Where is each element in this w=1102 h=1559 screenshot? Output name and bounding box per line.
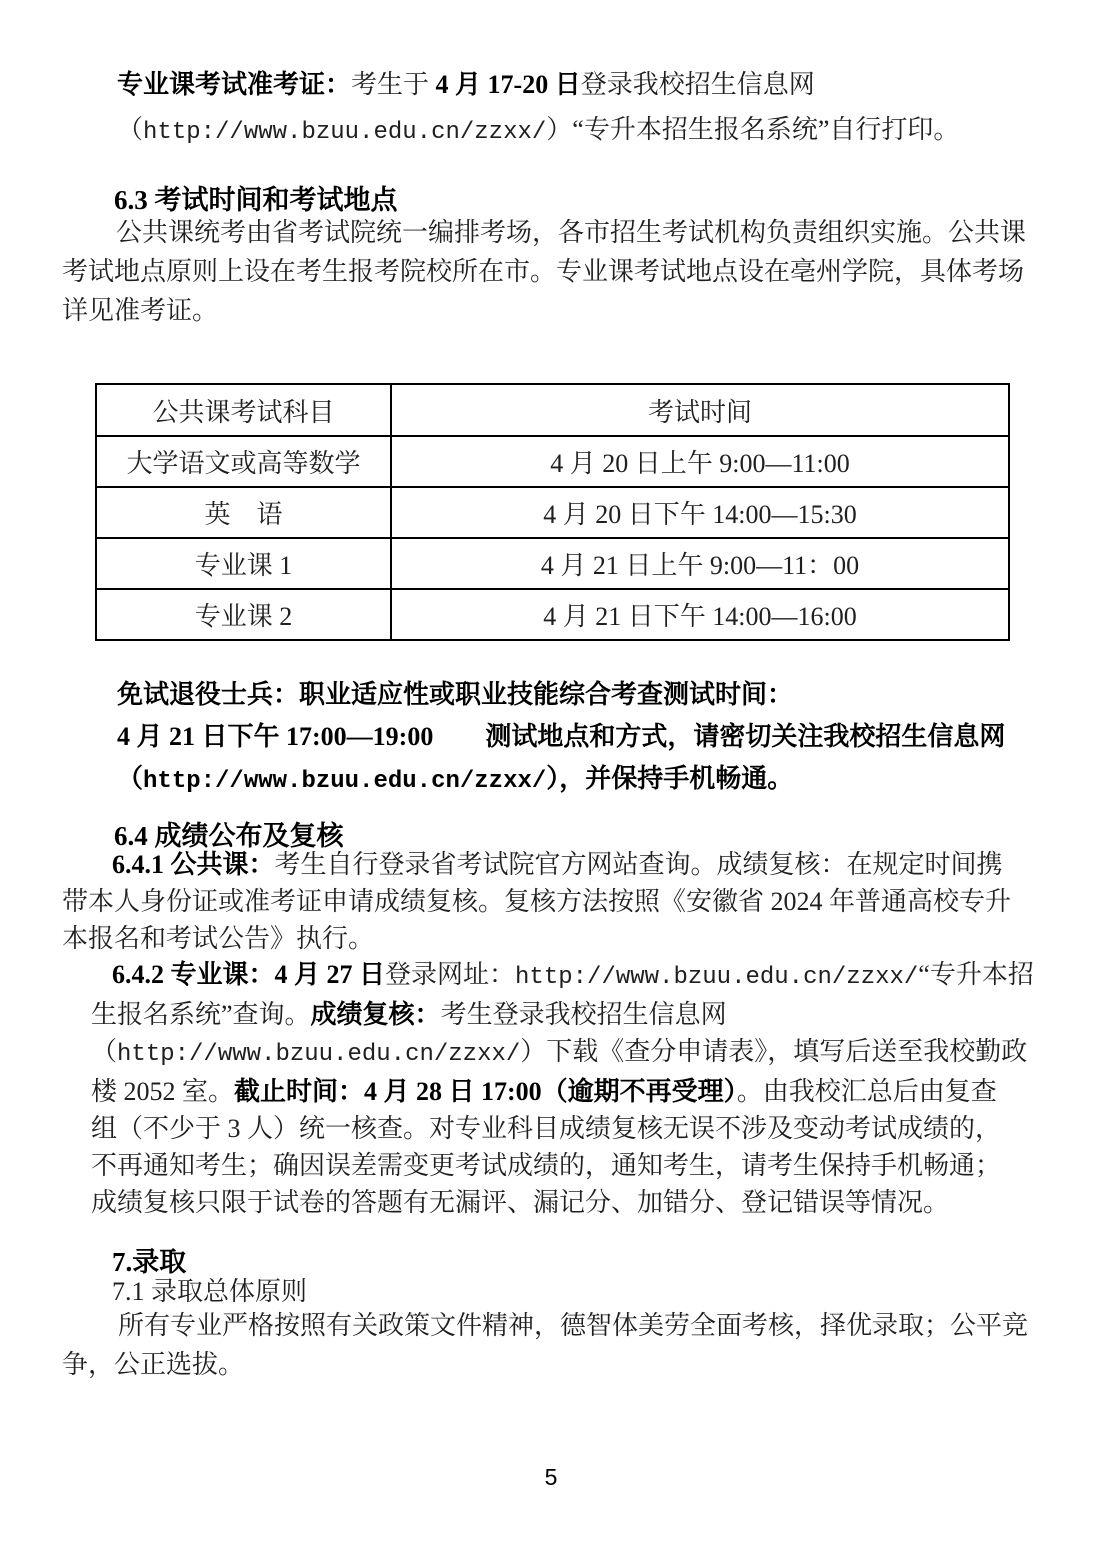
text-line: 楼 2052 室。截止时间：4 月 28 日 17:00（逾期不再受理）。由我校… <box>91 1073 1034 1110</box>
text-segment: 登录网址： <box>385 960 515 989</box>
text-segment: “专升本招 <box>918 960 1034 989</box>
text-line: 详见准考证。 <box>62 291 1026 330</box>
text-segment: 截止时间：4 月 28 日 17:00（逾期不再受理） <box>234 1077 737 1106</box>
table-header-row: 公共课考试科目考试时间 <box>96 384 1009 436</box>
text-segment: 4 月 21 日下午 17:00—19:00 测试地点和方式，请密切关注我校招生… <box>117 722 1005 751</box>
url-text: http://www.bzuu.edu.cn/zzxx/ <box>143 119 546 146</box>
text-segment: 7.1 录取总体原则 <box>112 1277 307 1306</box>
text-segment: 生报名系统”查询。 <box>91 1000 311 1029</box>
paragraph-6-4-2-professional-courses: 6.4.2 专业课：4 月 27 日登录网址：http://www.bzuu.e… <box>91 956 1034 1221</box>
text-segment: 成绩复核： <box>311 1000 441 1029</box>
table-head: 公共课考试科目考试时间 <box>96 384 1009 436</box>
text-segment: 6.4.1 公共课： <box>112 850 275 879</box>
text-segment: 6.4.2 专业课：4 月 27 日 <box>112 960 385 989</box>
time-cell: 4 月 21 日上午 9:00—11：00 <box>391 538 1009 589</box>
text-line: 公共课统考由省考试院统一编排考场，各市招生考试机构负责组织实施。公共课 <box>62 213 1026 252</box>
section-heading-6-3: 6.3 考试时间和考试地点 <box>114 178 398 217</box>
text-line: 专业课考试准考证：考生于 4 月 17-20 日登录我校招生信息网 <box>117 62 959 107</box>
text-segment: 4 月 17-20 日 <box>436 70 581 99</box>
text-segment: 本报名和考试公告》执行。 <box>62 924 374 953</box>
table-row: 大学语文或高等数学4 月 20 日上午 9:00—11:00 <box>96 436 1009 487</box>
text-line: 4 月 21 日下午 17:00—19:00 测试地点和方式，请密切关注我校招生… <box>117 716 1005 758</box>
text-segment: 带本人身份证或准考证申请成绩复核。复核方法按照《安徽省 2024 年普通高校专升 <box>62 887 1011 916</box>
text-segment: 所有专业严格按照有关政策文件精神，德智体美劳全面考核，择优录取；公平竞 <box>118 1311 1028 1340</box>
text-line: 不再通知考生；确因误差需变更考试成绩的，通知考生，请考生保持手机畅通； <box>91 1147 1034 1184</box>
subject-cell: 英 语 <box>96 487 391 538</box>
text-line: 组（不少于 3 人）统一核查。对专业科目成绩复核无误不涉及变动考试成绩的， <box>91 1110 1034 1147</box>
text-line: 生报名系统”查询。成绩复核：考生登录我校招生信息网 <box>91 996 1034 1033</box>
text-line: 成绩复核只限于试卷的答题有无漏评、漏记分、加错分、登记错误等情况。 <box>91 1184 1034 1221</box>
text-line: 考试地点原则上设在考生报考院校所在市。专业课考试地点设在亳州学院，具体考场 <box>62 252 1026 291</box>
paragraph-6-4-1-public-courses: 6.4.1 公共课：考生自行登录省考试院官方网站查询。成绩复核：在规定时间携带本… <box>62 846 1011 957</box>
paragraph-exam-time-location: 公共课统考由省考试院统一编排考场，各市招生考试机构负责组织实施。公共课考试地点原… <box>62 213 1026 330</box>
text-line: （http://www.bzuu.edu.cn/zzxx/）下载《查分申请表》，… <box>91 1033 1034 1073</box>
text-segment: 成绩复核只限于试卷的答题有无漏评、漏记分、加错分、登记错误等情况。 <box>91 1188 949 1217</box>
text-segment: ），并保持手机畅通。 <box>546 764 793 793</box>
url-text: http://www.bzuu.edu.cn/zzxx/ <box>117 1041 520 1068</box>
text-segment: （ <box>117 764 143 793</box>
page-number: 5 <box>0 1464 1102 1491</box>
text-line: 免试退役士兵：职业适应性或职业技能综合考查测试时间： <box>117 674 1005 716</box>
text-segment: 免试退役士兵：职业适应性或职业技能综合考查测试时间： <box>117 680 793 709</box>
text-segment: 登录我校招生信息网 <box>581 70 815 99</box>
text-segment: 争，公正选拔。 <box>62 1350 244 1379</box>
text-line: （http://www.bzuu.edu.cn/zzxx/）“专升本招生报名系统… <box>117 107 959 155</box>
text-segment: 考试地点原则上设在考生报考院校所在市。专业课考试地点设在亳州学院，具体考场 <box>62 257 1024 286</box>
table-row: 专业课 24 月 21 日下午 14:00—16:00 <box>96 589 1009 640</box>
text-segment: （ <box>91 1037 117 1066</box>
url-text: http://www.bzuu.edu.cn/zzxx/ <box>143 768 546 795</box>
text-segment: 组（不少于 3 人）统一核查。对专业科目成绩复核无误不涉及变动考试成绩的， <box>91 1114 1001 1143</box>
text-line: 6.4.1 公共课：考生自行登录省考试院官方网站查询。成绩复核：在规定时间携 <box>62 846 1011 883</box>
text-line: 争，公正选拔。 <box>62 1345 1028 1384</box>
paragraph-admission-principles: 所有专业严格按照有关政策文件精神，德智体美劳全面考核，择优录取；公平竞争，公正选… <box>62 1306 1028 1384</box>
time-cell: 4 月 21 日下午 14:00—16:00 <box>391 589 1009 640</box>
subject-cell: 专业课 1 <box>96 538 391 589</box>
text-segment: 专业课考试准考证： <box>117 70 351 99</box>
time-cell: 4 月 20 日上午 9:00—11:00 <box>391 436 1009 487</box>
text-segment: ）下载《查分申请表》，填写后送至我校勤政 <box>520 1037 1027 1066</box>
subject-cell: 大学语文或高等数学 <box>96 436 391 487</box>
text-segment: 楼 2052 室。 <box>91 1077 234 1106</box>
exam-schedule-table: 公共课考试科目考试时间 大学语文或高等数学4 月 20 日上午 9:00—11:… <box>95 383 1010 641</box>
text-segment: 考生登录我校招生信息网 <box>441 1000 727 1029</box>
time-cell: 4 月 20 日下午 14:00—15:30 <box>391 487 1009 538</box>
text-segment: 详见准考证。 <box>62 296 218 325</box>
text-segment: ）“专升本招生报名系统”自行打印。 <box>546 115 959 144</box>
text-line: （http://www.bzuu.edu.cn/zzxx/），并保持手机畅通。 <box>117 758 1005 803</box>
text-line: 6.4.2 专业课：4 月 27 日登录网址：http://www.bzuu.e… <box>91 956 1034 996</box>
table-body: 大学语文或高等数学4 月 20 日上午 9:00—11:00英 语4 月 20 … <box>96 436 1009 640</box>
table-row: 英 语4 月 20 日下午 14:00—15:30 <box>96 487 1009 538</box>
subject-cell: 专业课 2 <box>96 589 391 640</box>
paragraph-admission-ticket: 专业课考试准考证：考生于 4 月 17-20 日登录我校招生信息网（http:/… <box>117 62 959 155</box>
text-segment: 考生于 <box>351 70 436 99</box>
document-page: 专业课考试准考证：考生于 4 月 17-20 日登录我校招生信息网（http:/… <box>0 0 1102 1559</box>
text-segment: 。由我校汇总后由复查 <box>737 1077 997 1106</box>
text-line: 所有专业严格按照有关政策文件精神，德智体美劳全面考核，择优录取；公平竞 <box>62 1306 1028 1345</box>
table-row: 专业课 14 月 21 日上午 9:00—11：00 <box>96 538 1009 589</box>
text-line: 带本人身份证或准考证申请成绩复核。复核方法按照《安徽省 2024 年普通高校专升 <box>62 883 1011 920</box>
url-text: http://www.bzuu.edu.cn/zzxx/ <box>515 964 918 991</box>
table-header-cell: 公共课考试科目 <box>96 384 391 436</box>
text-segment: 不再通知考生；确因误差需变更考试成绩的，通知考生，请考生保持手机畅通； <box>91 1151 1001 1180</box>
text-segment: （ <box>117 115 143 144</box>
table-header-cell: 考试时间 <box>391 384 1009 436</box>
text-segment: 公共课统考由省考试院统一编排考场，各市招生考试机构负责组织实施。公共课 <box>116 218 1026 247</box>
text-segment: 考生自行登录省考试院官方网站查询。成绩复核：在规定时间携 <box>275 850 1003 879</box>
paragraph-exempt-veterans: 免试退役士兵：职业适应性或职业技能综合考查测试时间：4 月 21 日下午 17:… <box>117 674 1005 803</box>
text-line: 本报名和考试公告》执行。 <box>62 920 1011 957</box>
